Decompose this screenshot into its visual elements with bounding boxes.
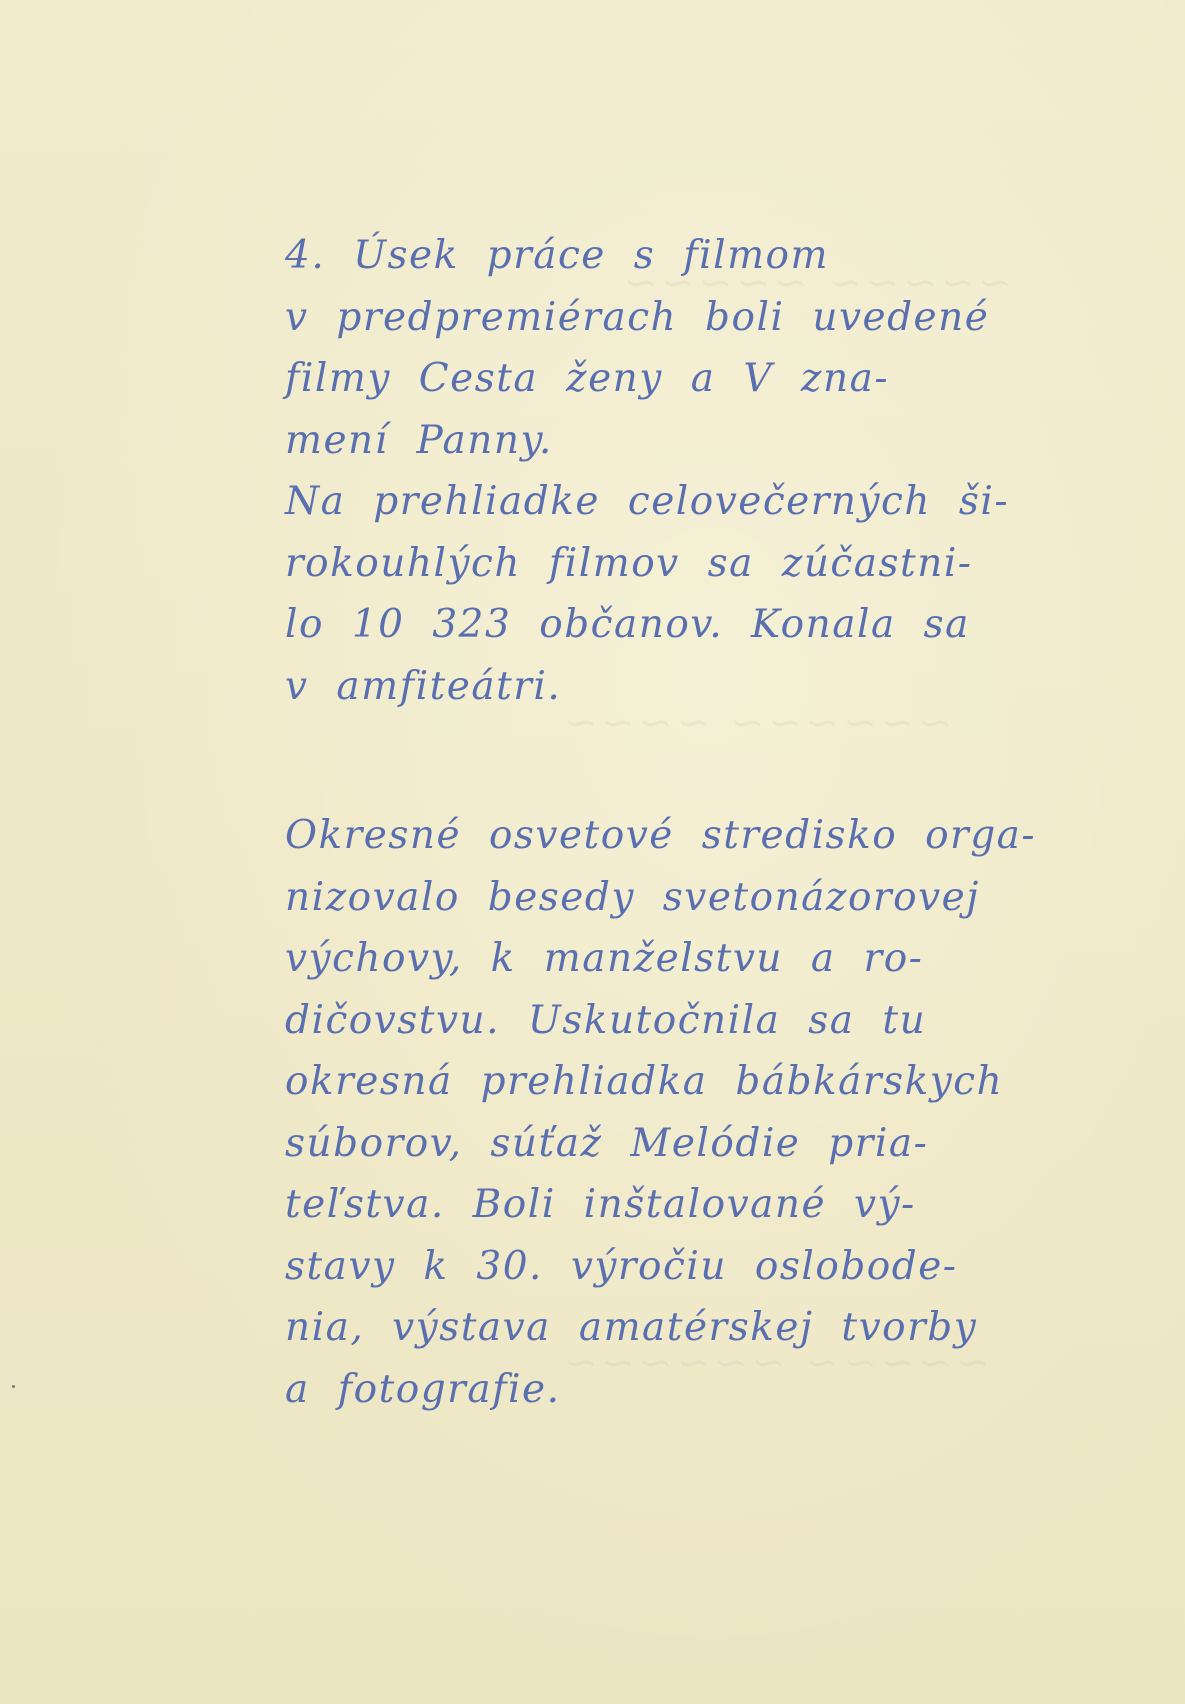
- text-line: nia, výstava amatérskej tvorby: [285, 1297, 1045, 1359]
- text-line: lo 10 323 občanov. Konala sa: [285, 594, 1045, 656]
- text-line: v predpremiérach boli uvedené: [285, 287, 1045, 349]
- text-line: Okresné osvetové stredisko orga-: [285, 805, 1045, 867]
- text-line: rokouhlých filmov sa zúčastni-: [285, 533, 1045, 595]
- text-line: okresná prehliadka bábkárskych: [285, 1051, 1045, 1113]
- text-line: súborov, súťaž Melódie pria-: [285, 1113, 1045, 1175]
- handwritten-page: ~~~~~ ~~~~~ ~~~~~~ ~~~~ ~~~~~ ~~~~~~ 4. …: [0, 0, 1185, 1704]
- text-line: nizovalo besedy svetonázorovej: [285, 867, 1045, 929]
- paragraph-gap: [285, 717, 1045, 805]
- text-line: mení Panny.: [285, 410, 1045, 472]
- text-line: a fotografie.: [285, 1359, 1045, 1421]
- handwritten-text: 4. Úsek práce s filmom v predpremiérach …: [285, 225, 1045, 1420]
- text-line: Na prehliadke celovečerných ši-: [285, 471, 1045, 533]
- text-line: v amfiteátri.: [285, 656, 1045, 718]
- text-line: výchovy, k manželstvu a ro-: [285, 928, 1045, 990]
- paper-speck: [12, 1385, 15, 1388]
- text-line: filmy Cesta ženy a V zna-: [285, 348, 1045, 410]
- text-line: stavy k 30. výročiu oslobode-: [285, 1236, 1045, 1298]
- section-heading: 4. Úsek práce s filmom: [285, 225, 1045, 287]
- text-line: dičovstvu. Uskutočnila sa tu: [285, 990, 1045, 1052]
- text-line: teľstva. Boli inštalované vý-: [285, 1174, 1045, 1236]
